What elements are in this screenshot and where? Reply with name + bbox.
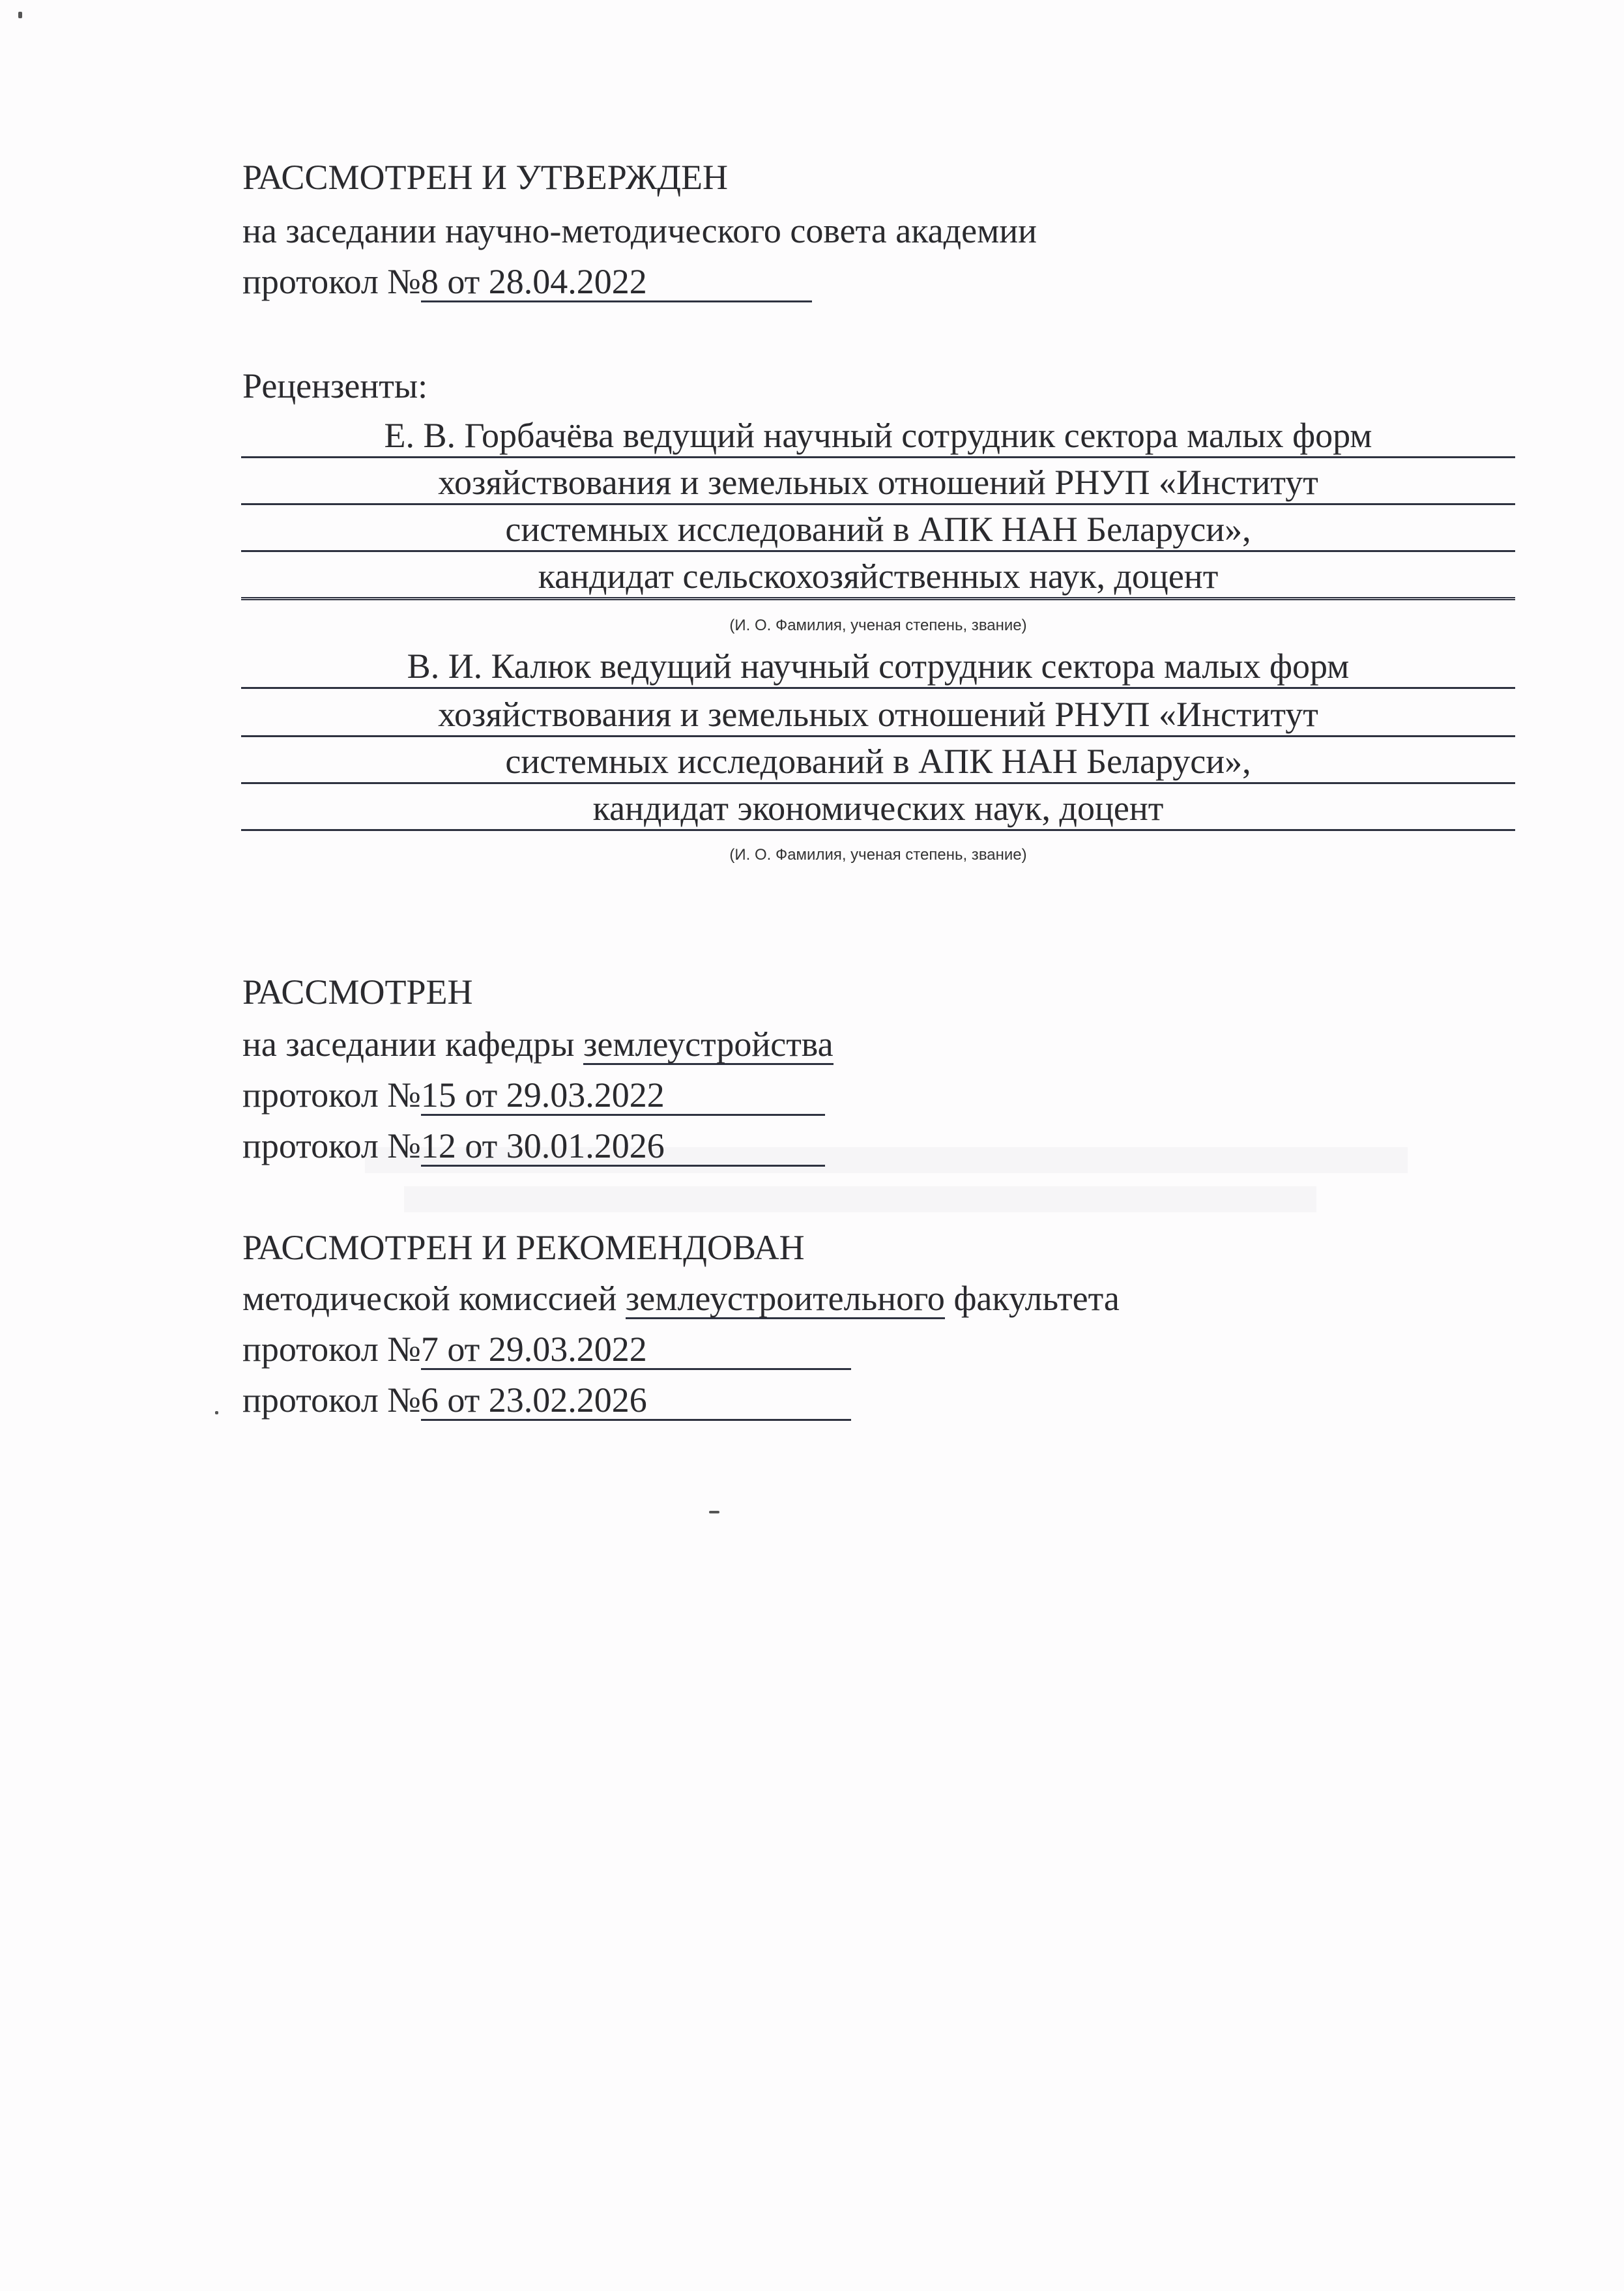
department-heading: РАССМОТРЕН [242, 971, 472, 1013]
department-body-text: на заседании кафедры [242, 1025, 583, 1064]
reviewers-heading: Рецензенты: [242, 365, 428, 407]
reviewer-2-line-1: В. И. Калюк ведущий научный сотрудник се… [241, 645, 1515, 689]
approved-body: на заседании научно-методического совета… [242, 210, 1037, 252]
scan-speck [18, 12, 22, 18]
scan-artifact [404, 1186, 1316, 1212]
approved-heading: РАССМОТРЕН И УТВЕРЖДЕН [242, 156, 728, 198]
protocol-prefix: протокол № [242, 262, 421, 301]
commission-body-suffix: факультета [945, 1279, 1120, 1318]
protocol-prefix: протокол № [242, 1380, 421, 1420]
reviewer-1-line-3: системных исследований в АПК НАН Беларус… [241, 508, 1515, 552]
department-name: землеустройства [583, 1025, 833, 1065]
scan-speck [215, 1411, 218, 1414]
commission-body: методической комиссией землеустроительно… [242, 1277, 1120, 1319]
reviewer-1-line-2: хозяйствования и земельных отношений РНУ… [241, 461, 1515, 505]
document-page: РАССМОТРЕН И УТВЕРЖДЕН на заседании науч… [0, 0, 1624, 2291]
protocol-value: 8 от 28.04.2022 [421, 263, 812, 302]
protocol-prefix: протокол № [242, 1126, 421, 1165]
protocol-value: 12 от 30.01.2026 [421, 1127, 825, 1167]
protocol-value: 6 от 23.02.2026 [421, 1381, 851, 1421]
commission-body-text: методической комиссией [242, 1279, 626, 1318]
reviewer-1-line-1: Е. В. Горбачёва ведущий научный сотрудни… [241, 415, 1515, 458]
department-protocol-1: протокол № 15 от 29.03.2022 [242, 1074, 825, 1116]
commission-heading: РАССМОТРЕН И РЕКОМЕНДОВАН [242, 1227, 805, 1268]
scan-speck [709, 1511, 719, 1513]
faculty-name: землеустроительного [626, 1279, 945, 1319]
protocol-prefix: протокол № [242, 1330, 421, 1369]
reviewer-2-line-4: кандидат экономических наук, доцент [241, 787, 1515, 831]
reviewer-2-caption: (И. О. Фамилия, ученая степень, звание) [241, 845, 1515, 865]
protocol-prefix: протокол № [242, 1075, 421, 1115]
reviewer-1-caption: (И. О. Фамилия, ученая степень, звание) [241, 616, 1515, 635]
protocol-value: 7 от 29.03.2022 [421, 1330, 851, 1370]
department-body: на заседании кафедры землеустройства [242, 1023, 834, 1065]
protocol-value: 15 от 29.03.2022 [421, 1076, 825, 1116]
approved-protocol: протокол № 8 от 28.04.2022 [242, 261, 812, 302]
reviewer-2-line-2: хозяйствования и земельных отношений РНУ… [241, 693, 1515, 737]
department-protocol-2: протокол № 12 от 30.01.2026 [242, 1125, 825, 1167]
commission-protocol-1: протокол № 7 от 29.03.2022 [242, 1328, 851, 1370]
reviewer-2-line-3: системных исследований в АПК НАН Беларус… [241, 740, 1515, 784]
reviewer-1-line-4: кандидат сельскохозяйственных наук, доце… [241, 555, 1515, 600]
commission-protocol-2: протокол № 6 от 23.02.2026 [242, 1379, 851, 1421]
